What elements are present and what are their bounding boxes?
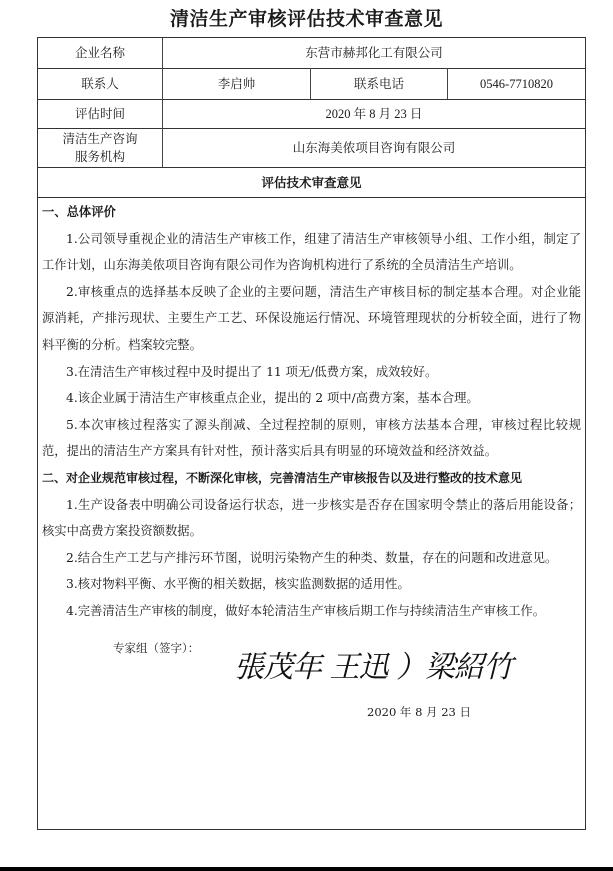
consult-org-label-line2: 服务机构: [75, 148, 125, 166]
eval-time-label: 评估时间: [38, 100, 162, 128]
opinion-paragraph: 4.该企业属于清洁生产审核重点企业，提出的 2 项中/高费方案，基本合理。: [42, 385, 581, 412]
company-name-value: 东营市赫邦化工有限公司: [163, 38, 585, 68]
scan-edge-bar: [0, 867, 613, 871]
document-title: 清洁生产审核评估技术审查意见: [0, 4, 613, 31]
opinion-body: 一、总体评价 1.公司领导重视企业的清洁生产审核工作，组建了清洁生产审核领导小组…: [42, 199, 581, 625]
consult-org-label-line1: 清洁生产咨询: [62, 130, 137, 148]
expert-signature-label: 专家组（签字）：: [113, 640, 199, 656]
opinion-paragraph: 3.核对物料平衡、水平衡的相关数据，核实监测数据的适用性。: [42, 571, 581, 598]
row-divider: [38, 197, 585, 198]
signature-date: 2020 年 8 月 23 日: [367, 704, 471, 720]
contact-label: 联系人: [38, 69, 162, 99]
review-form: 企业名称 东营市赫邦化工有限公司 联系人 李启帅 联系电话 0546-77108…: [37, 37, 586, 830]
section-heading-recommendations: 二、对企业规范审核过程，不断深化审核，完善清洁生产审核报告以及进行整改的技术意见: [42, 465, 581, 492]
opinion-paragraph: 1.公司领导重视企业的清洁生产审核工作，组建了清洁生产审核领导小组、工作小组，制…: [42, 226, 581, 279]
handwritten-signatures: 張茂年 王迅 ）梁紹竹: [234, 642, 512, 686]
opinion-paragraph: 1.生产设备表中明确公司设备运行状态，进一步核实是否存在国家明令禁止的落后用能设…: [42, 492, 581, 545]
opinion-paragraph: 2.结合生产工艺与产排污环节图，说明污染物产生的种类、数量，存在的问题和改进意见…: [42, 545, 581, 572]
opinion-paragraph: 5.本次审核过程落实了源头削减、全过程控制的原则，审核方法基本合理，审核过程比较…: [42, 412, 581, 465]
consult-org-value: 山东海美侬项目咨询有限公司: [163, 129, 585, 167]
section-heading-overall: 一、总体评价: [42, 199, 581, 226]
eval-time-value: 2020 年 8 月 23 日: [163, 100, 585, 128]
contact-value: 李启帅: [163, 69, 310, 99]
company-name-label: 企业名称: [38, 38, 162, 68]
opinion-paragraph: 4.完善清洁生产审核的制度，做好本轮清洁生产审核后期工作与持续清洁生产审核工作。: [42, 598, 581, 625]
phone-value: 0546-7710820: [448, 69, 585, 99]
opinion-paragraph: 3.在清洁生产审核过程中及时提出了 11 项无/低费方案，成效较好。: [42, 359, 581, 386]
consult-org-label: 清洁生产咨询 服务机构: [38, 129, 162, 167]
phone-label: 联系电话: [311, 69, 447, 99]
opinion-header: 评估技术审查意见: [38, 168, 585, 197]
opinion-paragraph: 2.审核重点的选择基本反映了企业的主要问题，清洁生产审核目标的制定基本合理。对企…: [42, 279, 581, 359]
